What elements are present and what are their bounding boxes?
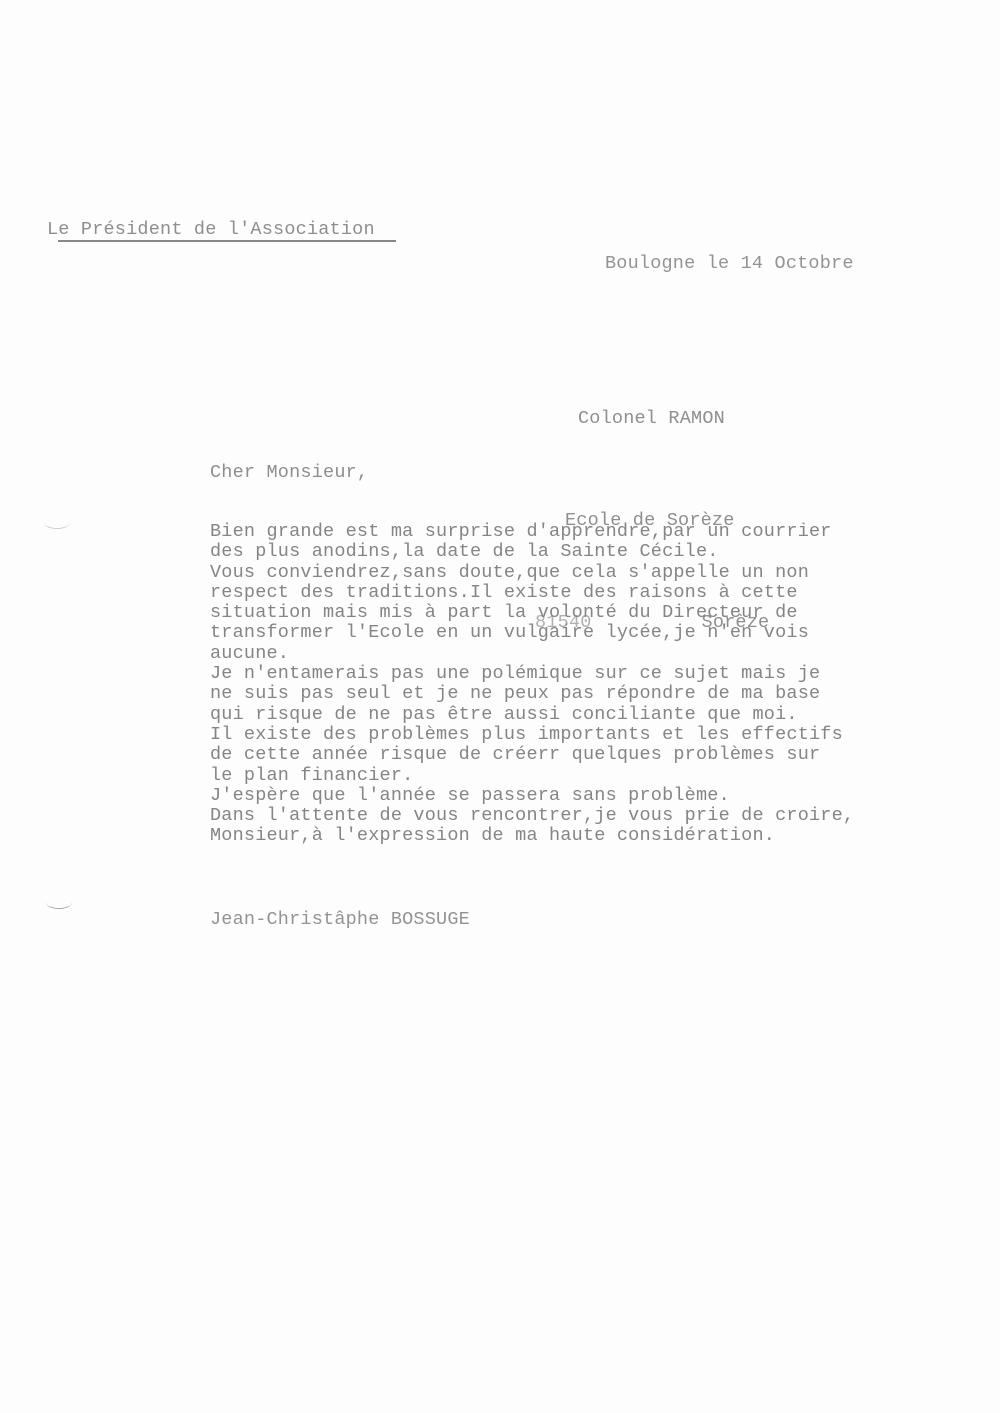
body-line: transformer l'Ecole en un vulgaire lycée…	[210, 623, 854, 643]
body-line: le plan financier.	[210, 766, 854, 786]
punch-hole-mark	[46, 896, 72, 909]
signature: Jean-Christâphe BOSSUGE	[210, 909, 470, 930]
date-line: Boulogne le 14 Octobre	[605, 253, 854, 274]
body-line: des plus anodins,la date de la Sainte Cé…	[210, 542, 854, 562]
body-line: Je n'entamerais pas une polémique sur ce…	[210, 664, 854, 684]
body-line: situation mais mis à part la volonté du …	[210, 603, 854, 623]
salutation: Cher Monsieur,	[210, 462, 368, 483]
sender-title: Le Président de l'Association	[47, 219, 375, 240]
sender-underline	[58, 240, 396, 242]
body-line: Il existe des problèmes plus importants …	[210, 725, 854, 745]
body-line: Vous conviendrez,sans doute,que cela s'a…	[210, 563, 854, 583]
body-line: Monsieur,à l'expression de ma haute cons…	[210, 826, 854, 846]
body-line: qui risque de ne pas être aussi concilia…	[210, 705, 854, 725]
body-line: J'espère que l'année se passera sans pro…	[210, 786, 854, 806]
body-line: aucune.	[210, 644, 854, 664]
body-line: respect des traditions.Il existe des rai…	[210, 583, 854, 603]
letter-page: Le Président de l'Association Boulogne l…	[0, 0, 1000, 1413]
body-line: Dans l'attente de vous rencontrer,je vou…	[210, 806, 854, 826]
body-line: Bien grande est ma surprise d'apprendre,…	[210, 522, 854, 542]
body-line: ne suis pas seul et je ne peux pas répon…	[210, 684, 854, 704]
recipient-name: Colonel RAMON	[565, 402, 769, 436]
punch-hole-mark	[44, 516, 70, 529]
body-line: de cette année risque de créerr quelques…	[210, 745, 854, 765]
letter-body: Bien grande est ma surprise d'apprendre,…	[210, 522, 854, 847]
